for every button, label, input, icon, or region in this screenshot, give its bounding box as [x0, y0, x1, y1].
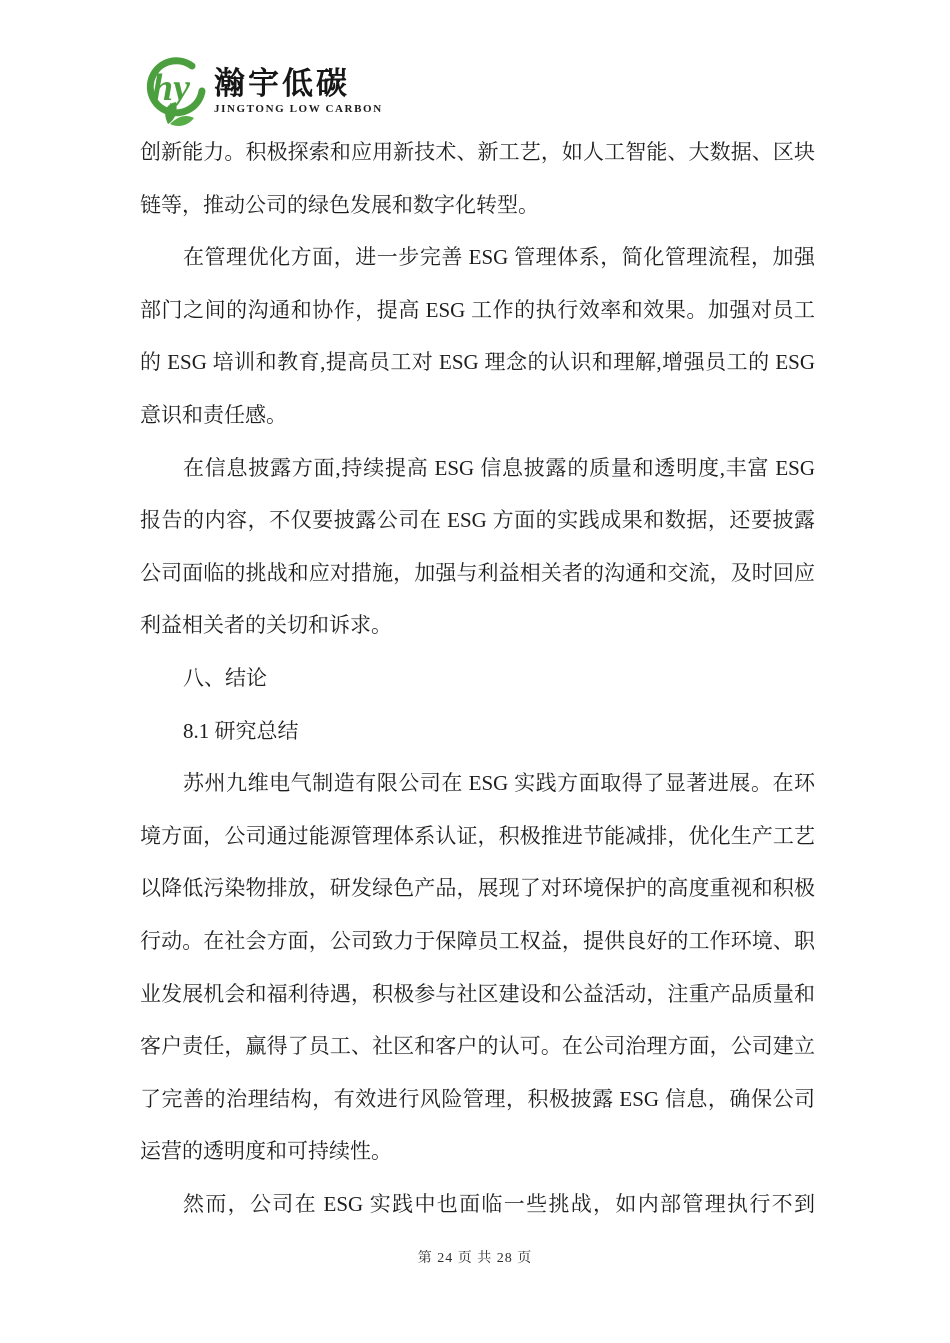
text-line: 以降低污染物排放，研发绿色产品，展现了对环境保护的高度重视和积极 — [140, 862, 815, 915]
text-line: 了完善的治理结构，有效进行风险管理，积极披露 ESG 信息，确保公司 — [140, 1073, 815, 1126]
logo-monogram: hy — [152, 67, 190, 109]
text-line: 在管理优化方面，进一步完善 ESG 管理体系，简化管理流程，加强 — [140, 231, 815, 284]
section-heading: 八、结论 — [140, 652, 815, 705]
text-line: 客户责任，赢得了员工、社区和客户的认可。在公司治理方面，公司建立 — [140, 1020, 815, 1073]
text-line: 部门之间的沟通和协作，提高 ESG 工作的执行效率和效果。加强对员工 — [140, 284, 815, 337]
text-line: 链等，推动公司的绿色发展和数字化转型。 — [140, 179, 815, 232]
document-body: 创新能力。积极探索和应用新技术、新工艺，如人工智能、大数据、区块 链等，推动公司… — [140, 126, 815, 1230]
company-logo: hy 瀚宇低碳 JINGTONG LOW CARBON — [140, 52, 383, 130]
text-line: 的 ESG 培训和教育,提高员工对 ESG 理念的认识和理解,增强员工的 ESG — [140, 336, 815, 389]
text-line: 业发展机会和福利待遇，积极参与社区建设和公益活动，注重产品质量和 — [140, 968, 815, 1021]
text-line: 创新能力。积极探索和应用新技术、新工艺，如人工智能、大数据、区块 — [140, 126, 815, 179]
subsection-heading: 8.1 研究总结 — [140, 705, 815, 758]
text-line: 然而，公司在 ESG 实践中也面临一些挑战，如内部管理执行不到位、 — [140, 1178, 815, 1231]
logo-chinese-name: 瀚宇低碳 — [214, 67, 383, 101]
document-page: { "logo": { "monogram": "hy", "name_cn":… — [0, 0, 950, 1343]
logo-english-name: JINGTONG LOW CARBON — [214, 103, 383, 115]
text-line: 运营的透明度和可持续性。 — [140, 1125, 815, 1178]
text-line: 在信息披露方面,持续提高 ESG 信息披露的质量和透明度,丰富 ESG — [140, 442, 815, 495]
page-number-footer: 第 24 页 共 28 页 — [0, 1247, 950, 1267]
text-line: 报告的内容，不仅要披露公司在 ESG 方面的实践成果和数据，还要披露 — [140, 494, 815, 547]
text-line: 利益相关者的关切和诉求。 — [140, 599, 815, 652]
text-line: 意识和责任感。 — [140, 389, 815, 442]
text-line: 苏州九维电气制造有限公司在 ESG 实践方面取得了显著进展。在环 — [140, 757, 815, 810]
logo-leaf-circle-icon: hy — [140, 54, 208, 128]
text-line: 行动。在社会方面，公司致力于保障员工权益，提供良好的工作环境、职 — [140, 915, 815, 968]
text-line: 公司面临的挑战和应对措施，加强与利益相关者的沟通和交流，及时回应 — [140, 547, 815, 600]
text-line: 境方面，公司通过能源管理体系认证，积极推进节能减排，优化生产工艺 — [140, 810, 815, 863]
